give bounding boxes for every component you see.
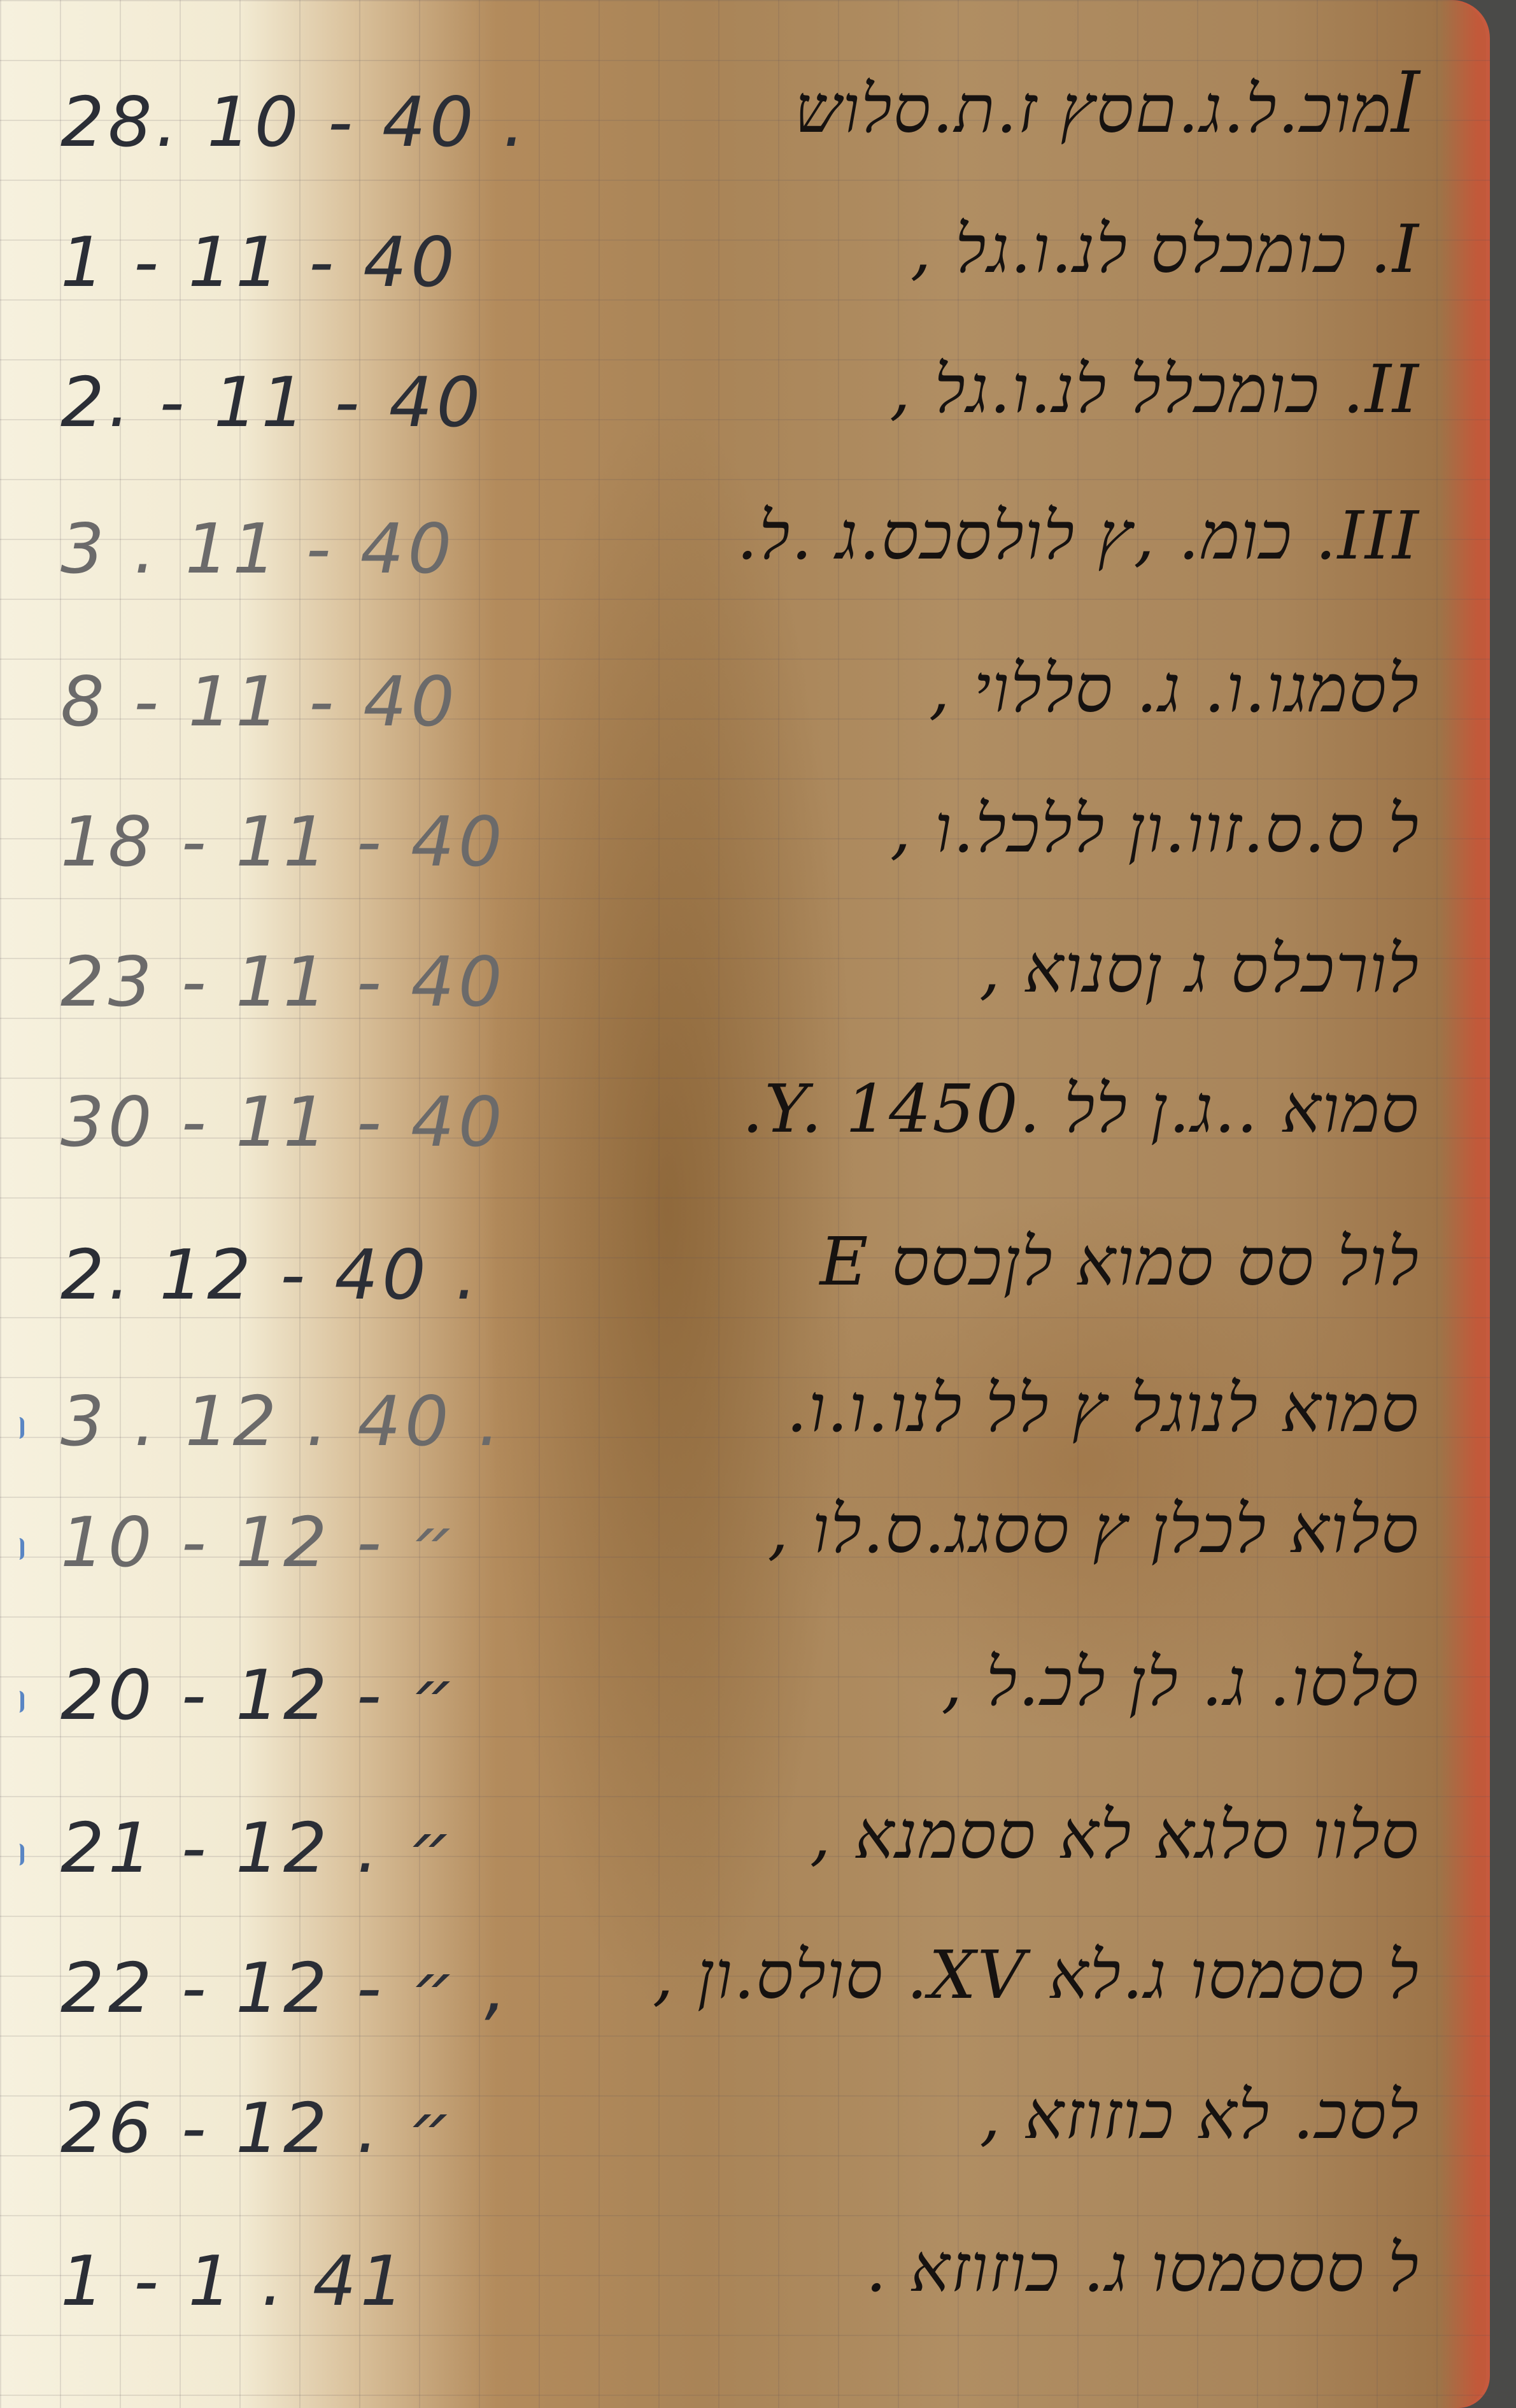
log-entry: 10 - 12 - ״ סלוא לכלן ץ ססגג.ס.לו , [0, 1478, 1490, 1618]
log-entry: 30 - 11 - 40 סמוא ..ג.ן לל .Y. 1450. [0, 1057, 1490, 1197]
entry-date: 28. 10 - 40 . [60, 83, 528, 162]
log-entry: 2. - 11 - 40 II. כומכלל לנ.ו.גל , [0, 338, 1490, 478]
log-entry: 22 - 12 - ״ , ל ססמסו ג.לא XV. סולס.ון , [0, 1923, 1490, 2063]
entry-text: סלסו. ג. לן לכ.ל , [941, 1643, 1420, 1721]
log-entry: 8 - 11 - 40 לסמגו.ו. ג. סללוי , [0, 637, 1490, 777]
entry-date: 26 - 12 . ״ [60, 2089, 456, 2169]
entry-text: ל ס.ס.זוו.ון ללכל.ו , [890, 790, 1420, 867]
entry-date: 23 - 11 - 40 [60, 943, 506, 1022]
log-entry: 1 - 11 - 40 I. כומכלס לנ.ו.גל , [0, 197, 1490, 338]
entry-date: 30 - 11 - 40 [60, 1083, 506, 1162]
entry-text: לסמגו.ו. ג. סללוי , [929, 650, 1420, 727]
entry-text: סמוא ..ג.ן לל .Y. 1450. [742, 1070, 1420, 1148]
log-entry: 21 - 12 . ״ סלוו סלגא לא ססמנא , [0, 1783, 1490, 1923]
entry-text: III. כומ. ,ץ לולסכס.ג .ל. [737, 497, 1420, 574]
entry-text: סלוו סלגא לא ססמנא , [810, 1796, 1420, 1874]
entry-date: 18 - 11 - 40 [60, 802, 506, 882]
entry-date: 3 . 11 - 40 [60, 509, 455, 589]
entry-date: 10 - 12 - ״ [60, 1503, 459, 1583]
entry-text: ꟾמוכ.ל.ג.םסץ ז.ת.סלוש [795, 70, 1420, 148]
log-entry: 3 . 11 - 40 III. כומ. ,ץ לולסכס.ג .ל. [0, 484, 1490, 624]
entry-text: סלוא לכלן ץ ססגג.ס.לו , [768, 1490, 1420, 1568]
entry-date: 21 - 12 . ״ [60, 1809, 456, 1888]
entry-text: ל ססמסו ג.לא XV. סולס.ון , [653, 1936, 1420, 2014]
log-entry: 2. 12 - 40 . לול סס סמוא לןכסס E [0, 1210, 1490, 1350]
blue-check-mark [11, 1691, 24, 1713]
blue-check-mark [11, 1417, 24, 1439]
entry-date: 3 . 12 . 40 . [60, 1382, 504, 1462]
log-entry: 26 - 12 . ״ לסכ. לא כוזוזא , [0, 2063, 1490, 2204]
entry-date: 1 - 1 . 41 [60, 2242, 407, 2321]
entry-date: 20 - 12 - ״ [60, 1656, 459, 1735]
blue-check-mark [11, 1538, 24, 1560]
entry-date: 1 - 11 - 40 [60, 223, 458, 303]
entry-text: לול סס סמוא לןכסס E [819, 1223, 1420, 1300]
entry-text: II. כומכלל לנ.ו.גל , [889, 350, 1420, 428]
entry-text: לורכלס ג ןסנוא , [979, 930, 1420, 1008]
log-entry: 1 - 1 . 41 ל סססמסו ג. כוזוזא . [0, 2216, 1490, 2356]
entry-text: סמוא לנוגל ץ לל לנו.ו.ו. [786, 1369, 1420, 1447]
notebook-page: 28. 10 - 40 . ꟾמוכ.ל.ג.םסץ ז.ת.סלוש 1 - … [0, 0, 1490, 2408]
entry-text: I. כומכלס לנ.ו.גל , [910, 210, 1420, 288]
log-entry: 3 . 12 . 40 . סמוא לנוגל ץ לל לנו.ו.ו. [0, 1357, 1490, 1497]
log-entry: 20 - 12 - ״ סלסו. ג. לן לכ.ל , [0, 1630, 1490, 1770]
entry-text: ל סססמסו ג. כוזוזא . [865, 2229, 1420, 2307]
entry-date: 22 - 12 - ״ , [60, 1949, 510, 2028]
entry-text: לסכ. לא כוזוזא , [980, 2076, 1420, 2154]
entry-date: 2. - 11 - 40 [60, 363, 484, 443]
log-entry: 28. 10 - 40 . ꟾמוכ.ל.ג.םסץ ז.ת.סלוש [0, 57, 1490, 197]
log-entry: 23 - 11 - 40 לורכלס ג ןסנוא , [0, 917, 1490, 1057]
entry-date: 2. 12 - 40 . [60, 1236, 481, 1315]
blue-check-mark [11, 1844, 24, 1865]
log-entry: 18 - 11 - 40 ל ס.ס.זוו.ון ללכל.ו , [0, 777, 1490, 917]
entry-date: 8 - 11 - 40 [60, 662, 458, 742]
